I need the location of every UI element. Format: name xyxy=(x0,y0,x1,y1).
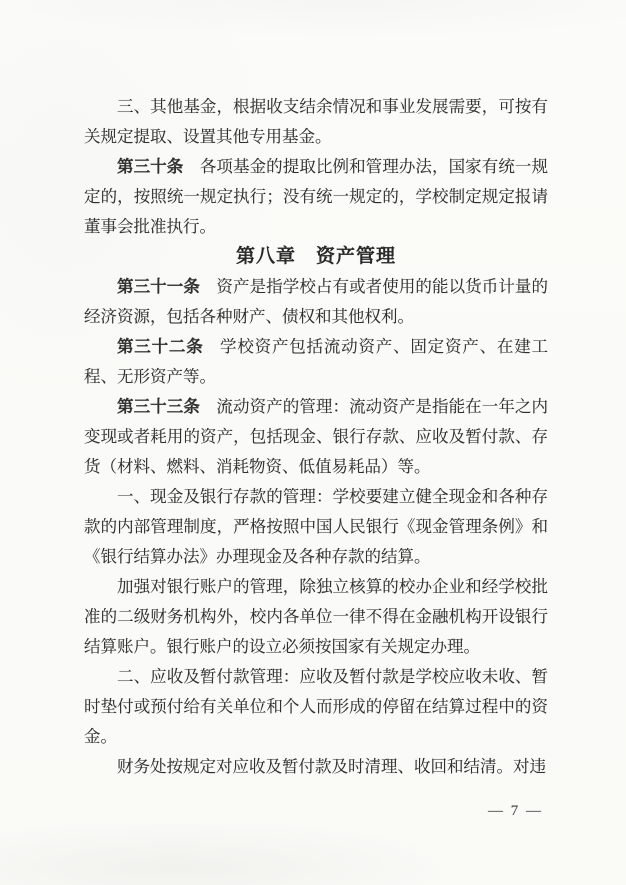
paragraph-text: 三、其他基金，根据收支结余情况和事业发展需要，可按有关规定提取、设置其他专用基金… xyxy=(84,97,548,146)
paragraph: 三、其他基金，根据收支结余情况和事业发展需要，可按有关规定提取、设置其他专用基金… xyxy=(84,92,548,152)
paragraph: 财务处按规定对应收及暂付款及时清理、收回和结清。对违 xyxy=(84,752,548,782)
article-number: 第三十条 xyxy=(117,157,183,176)
page-number: — 7 — xyxy=(488,803,543,820)
paragraph: 一、现金及银行存款的管理：学校要建立健全现金和各种存款的内部管理制度，严格按照中… xyxy=(84,482,548,572)
paragraph: 第三十条各项基金的提取比例和管理办法，国家有统一规定的，按照统一规定执行；没有统… xyxy=(84,152,548,242)
article-number: 第三十一条 xyxy=(117,277,200,296)
article-number: 第三十三条 xyxy=(117,397,200,416)
document-page: 三、其他基金，根据收支结余情况和事业发展需要，可按有关规定提取、设置其他专用基金… xyxy=(0,0,626,885)
paragraph-text: 二、应收及暂付款管理：应收及暂付款是学校应收未收、暂时垫付或预付给有关单位和个人… xyxy=(84,667,548,746)
document-body: 三、其他基金，根据收支结余情况和事业发展需要，可按有关规定提取、设置其他专用基金… xyxy=(84,92,548,782)
paragraph: 加强对银行账户的管理，除独立核算的校办企业和经学校批准的二级财务机构外，校内各单… xyxy=(84,572,548,662)
paragraph: 二、应收及暂付款管理：应收及暂付款是学校应收未收、暂时垫付或预付给有关单位和个人… xyxy=(84,662,548,752)
paragraph: 第三十一条资产是指学校占有或者使用的能以货币计量的经济资源，包括各种财产、债权和… xyxy=(84,272,548,332)
paragraph: 第三十二条学校资产包括流动资产、固定资产、在建工程、无形资产等。 xyxy=(84,332,548,392)
paragraph-text: 一、现金及银行存款的管理：学校要建立健全现金和各种存款的内部管理制度，严格按照中… xyxy=(84,487,548,566)
article-number: 第三十二条 xyxy=(117,337,204,356)
paragraph: 第三十三条流动资产的管理：流动资产是指能在一年之内变现或者耗用的资产，包括现金、… xyxy=(84,392,548,482)
paragraph-text: 财务处按规定对应收及暂付款及时清理、收回和结清。对违 xyxy=(117,757,546,776)
chapter-heading: 第八章 资产管理 xyxy=(84,242,548,272)
paragraph-text: 加强对银行账户的管理，除独立核算的校办企业和经学校批准的二级财务机构外，校内各单… xyxy=(84,577,548,656)
